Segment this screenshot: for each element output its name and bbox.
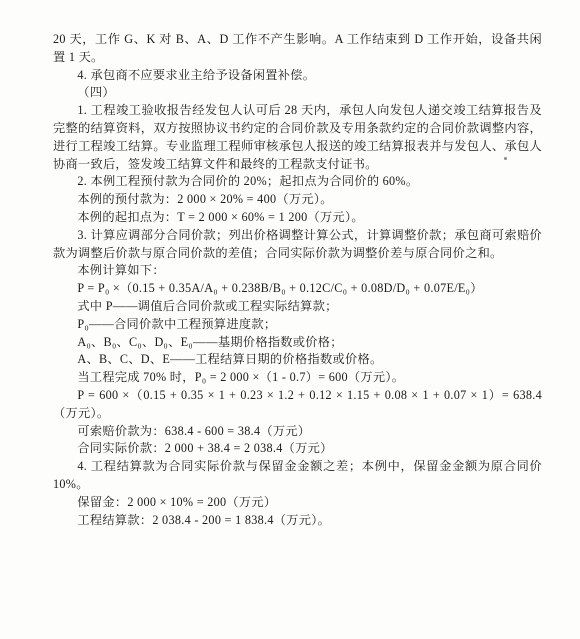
- scan-speck: [504, 157, 507, 160]
- deduction-start-point-calc: 本例的起扣点为：T = 2 000 × 60% = 1 200（万元）。: [53, 209, 542, 227]
- p0-calc-at-70-percent: 当工程完成 70% 时，P₀ = 2 000 ×（1 - 0.7）= 600（万…: [53, 369, 542, 387]
- claimable-amount-calc: 可索赔价款为：638.4 - 600 = 38.4（万元）: [53, 423, 542, 441]
- formula-term-p: 式中 P——调值后合同价款或工程实际结算款；: [53, 298, 542, 316]
- actual-contract-price-calc: 合同实际价款：2 000 + 38.4 = 2 038.4（万元）: [53, 440, 542, 458]
- adjusted-price-calc: P = 600 ×（0.15 + 0.35 × 1 + 0.23 × 1.2 +…: [53, 387, 542, 423]
- retention-money-calc: 保留金：2 000 × 10% = 200（万元）: [53, 494, 542, 512]
- final-settlement-calc: 工程结算款：2 038.4 - 200 = 1 838.4（万元）。: [53, 512, 542, 530]
- continued-line-idle-days: 20 天，工作 G、K 对 B、A、D 工作不产生影响。A 工作结束到 D 工作…: [53, 31, 542, 67]
- formula-term-p0: P₀——合同价款中工程预算进度款；: [53, 316, 542, 334]
- advance-payment-calc: 本例的预付款为：2 000 × 20% = 400（万元）。: [53, 191, 542, 209]
- item-2-advance-payment: 2. 本例工程预付款为合同价的 20%；起扣点为合同价的 60%。: [53, 173, 542, 191]
- formula-terms-base-indices: A₀、B₀、C₀、D₀、E₀——基期价格指数或价格；: [53, 334, 542, 352]
- item-3-adjustment-method: 3. 计算应调部分合同价款；列出价格调整计算公式，计算调整价款；承包商可索赔价款…: [53, 227, 542, 263]
- item-1-completion-settlement-procedure: 1. 工程竣工验收报告经发包人认可后 28 天内，承包人向发包人递交竣工结算报告…: [53, 102, 542, 173]
- section-heading-four: （四）: [53, 84, 542, 102]
- scanned-document-page: 20 天，工作 G、K 对 B、A、D 工作不产生影响。A 工作结束到 D 工作…: [0, 0, 580, 639]
- price-adjustment-formula: P = P₀ ×（0.15 + 0.35A/A₀ + 0.238B/B₀ + 0…: [53, 280, 542, 298]
- formula-terms-settlement-indices: A、B、C、D、E——工程结算日期的价格指数或价格。: [53, 351, 542, 369]
- document-text-block: 20 天，工作 G、K 对 B、A、D 工作不产生影响。A 工作结束到 D 工作…: [53, 31, 542, 529]
- item-4-settlement-amount-rule: 4. 工程结算款为合同实际价款与保留金金额之差；本例中，保留金金额为原合同价 1…: [53, 458, 542, 494]
- calc-intro: 本例计算如下：: [53, 262, 542, 280]
- answer-4-no-compensation: 4. 承包商不应要求业主给予设备闲置补偿。: [53, 67, 542, 85]
